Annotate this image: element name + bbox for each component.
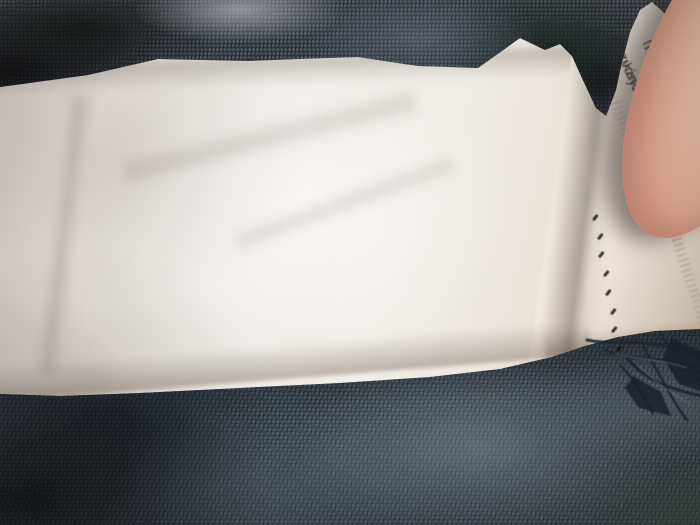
frayed-threads [575, 288, 700, 423]
care-label-photo: 100% Coton - Cotton - Algodón - Algodão … [0, 0, 700, 525]
